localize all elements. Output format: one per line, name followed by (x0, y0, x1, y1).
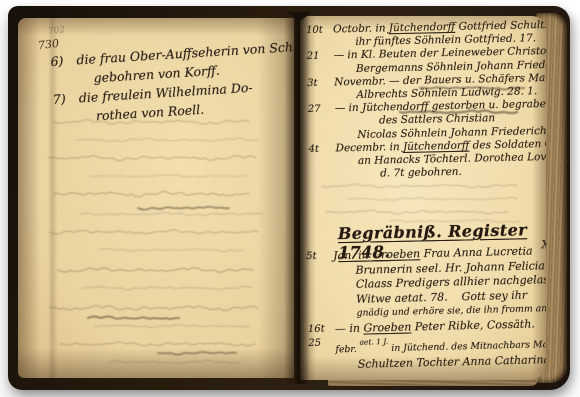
page-number: 730 (37, 37, 59, 52)
entry-day (308, 116, 335, 130)
entry-text: — in (335, 321, 364, 335)
entry-text: des Soldaten Christi- (469, 137, 546, 151)
entry-day (307, 89, 334, 103)
entry-text: Octobr. in (333, 22, 389, 35)
right-page: 10tOctobr. in Jütchendorff Gottfried Sch… (300, 16, 546, 380)
entry-text: Jan. in (333, 248, 372, 262)
entry-day (306, 37, 333, 51)
place-name: Groeben (372, 247, 420, 261)
entry-text: in Jütchend. des Mitnachbars Martin (391, 339, 546, 354)
entry-day (309, 358, 336, 373)
burial-entries-1748: 5tJan. in Groeben Frau Anna LucretiaXBru… (306, 244, 546, 373)
entry-day (308, 129, 335, 143)
faint-page-number: 702 (48, 25, 66, 37)
entry-day (309, 169, 336, 183)
entry-text: des Sattlers Christian (379, 112, 495, 126)
entry-day: 27 (308, 103, 335, 117)
entry-number: 7) (52, 88, 80, 128)
entry-day (307, 307, 334, 322)
entry-day (307, 278, 334, 293)
entry-day: 21 (307, 50, 334, 64)
entry-text: Peter Ribke, Cossäth. (411, 317, 535, 333)
entry-text: d. 7t gebohren. (380, 166, 462, 180)
place-name: Jütchendorff (403, 139, 470, 152)
entry-day: 10t (306, 23, 333, 37)
left-page: 702 730 6)die frau Ober-Auffseherin von … (18, 18, 294, 378)
book-photo: 702 730 6)die frau Ober-Auffseherin von … (0, 0, 580, 397)
entry-day: 4t (308, 142, 335, 156)
entry-day: 3t (307, 76, 334, 90)
entry-day (306, 264, 333, 279)
page-stack-bottom-edge (328, 379, 538, 386)
entry-text: Decembr. in (335, 141, 403, 154)
entry-text: Gottfried Schultzen (455, 19, 546, 33)
entry-day (307, 293, 334, 308)
burial-entries-1747: 10tOctobr. in Jütchendorff Gottfried Sch… (306, 19, 546, 182)
entry-day: 5t (306, 249, 333, 264)
entry-text: febr. (335, 344, 359, 356)
entry-day: 16t (308, 322, 335, 337)
book-cover: 702 730 6)die frau Ober-Auffseherin von … (8, 6, 570, 390)
left-page-entries: 6)die frau Ober-Auffseherin von Schlegel… (50, 35, 294, 128)
place-name: Groeben (363, 320, 411, 334)
entry-text: Frau Anna Lucretia (420, 244, 533, 260)
entry-text: aet. 1 J. (359, 337, 388, 347)
entry-day (309, 155, 336, 169)
x-mark: X (541, 238, 546, 253)
entry-number: 6) (50, 50, 78, 90)
entry-day (307, 63, 334, 77)
entry-day: 25 (308, 336, 336, 358)
place-name: Jütchendorff (389, 21, 456, 34)
